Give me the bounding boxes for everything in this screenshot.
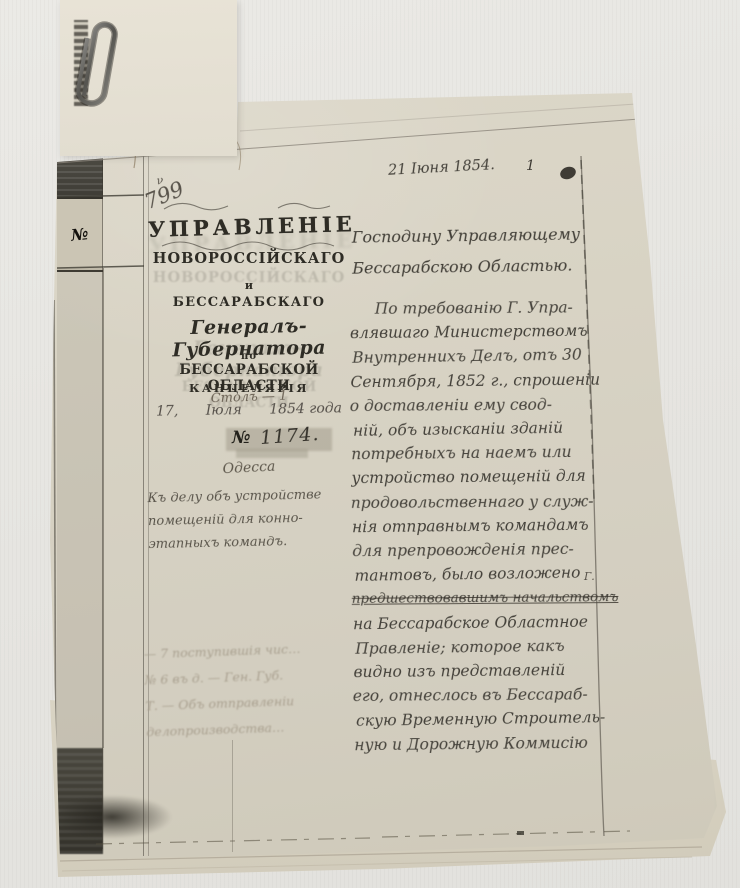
ruled-line-vertical: [102, 133, 103, 849]
letter-body-line: Внутреннихъ Делъ, отъ 30: [352, 343, 592, 371]
letter-body-line: ній, объ изысканіи зданій: [353, 415, 593, 443]
letter-body-line: По требованію Г. Упра-: [349, 295, 589, 321]
letter-body-line: устройство помещеній для: [351, 464, 591, 491]
letter-body-line: Правленіе; которое какъ: [355, 633, 595, 661]
letterhead-title: УПРАВЛЕНІЕ: [148, 211, 351, 242]
letter-body-line: о доставленіи ему свод-: [350, 392, 590, 418]
letter-body-line: видно изъ представленій: [353, 658, 593, 685]
docket-line: этапныхъ командъ.: [148, 529, 350, 556]
faint-margin-notes: — 7 поступившія чис…№ 6 въ д. — Ген. Губ…: [143, 635, 342, 746]
letter-body-line: предшествовавшимъ начальствомъ: [352, 586, 592, 612]
letterhead-prep: по: [148, 351, 350, 362]
check-tick-mark: ν: [155, 164, 209, 188]
recipient-lines: Господину УправляющемуБессарабскою Облас…: [352, 218, 593, 283]
ruled-line-vertical: [143, 130, 144, 856]
docket-line: Къ делу объ устройстве: [147, 483, 349, 510]
letter-body-line: потребныхъ на наемъ или: [351, 440, 591, 467]
registry-column-shading: [57, 268, 104, 748]
top-slip: [60, 0, 237, 156]
recipient-line: Господину Управляющему: [352, 218, 592, 252]
letter-body: По требованію Г. Упра-влявшаго Министерс…: [350, 295, 595, 757]
page-mark: 1: [526, 158, 535, 174]
number-value-handwritten: 1174.: [259, 423, 320, 449]
recipient-line: Бессарабскою Областью.: [352, 249, 592, 283]
letterhead-date: 17, Іюля 1854 года: [148, 400, 350, 420]
letter-body-line: Сентября, 1852 г., спрошеніи: [350, 367, 590, 394]
letter-body-line: на Бессарабское Областное: [353, 609, 593, 636]
place-handwritten: Одесса: [148, 455, 351, 482]
date-day: 17,: [156, 403, 179, 419]
letter-body-line: для препровожденія прес-: [352, 537, 592, 564]
insertion-mark: Г.: [584, 570, 595, 583]
registry-number-cell: №: [57, 197, 103, 272]
paperclip-icon: [55, 7, 143, 127]
letter-body-line: влявшаго Министерствомъ: [350, 319, 590, 346]
letterhead-line-bessarabia: БЕССАРАБСКАГО: [148, 295, 350, 310]
faint-note-line: делопроизводства…: [146, 713, 342, 746]
archival-document-photo: № ν 799 УПРАВЛЕНІЕ НОВОРОССІЙСКАГО НОВОР…: [0, 0, 740, 888]
document-number-row: № 1174.: [148, 428, 350, 454]
letter-body-line: скую Временную Строитель-: [356, 706, 596, 734]
received-date-handwritten: 21 Іюня 1854.: [388, 157, 496, 179]
date-month: Іюля: [206, 402, 242, 419]
letterhead-conjunction: и: [148, 279, 350, 292]
registry-number-label: №: [70, 224, 89, 245]
date-year: 1854 года: [269, 400, 342, 417]
letter-body-line: нія отправнымъ командамъ: [352, 513, 592, 540]
ruled-line-vertical: [232, 740, 233, 852]
letter-body-line: тантовъ, было возложено: [354, 560, 594, 588]
letter-body-line: продовольственнаго у служ-: [351, 489, 591, 515]
letter-body-line: ную и Дорожную Коммисію: [354, 730, 594, 757]
ink-smudge: [52, 795, 172, 839]
letter-body-line: его, отнеслось въ Бессараб-: [353, 682, 593, 708]
number-label: №: [232, 428, 250, 448]
docket-summary: Къ делу объ устройствепомещеній для конн…: [147, 483, 350, 556]
letterhead-line-novorossiysk: НОВОРОССІЙСКАГО: [148, 250, 350, 267]
